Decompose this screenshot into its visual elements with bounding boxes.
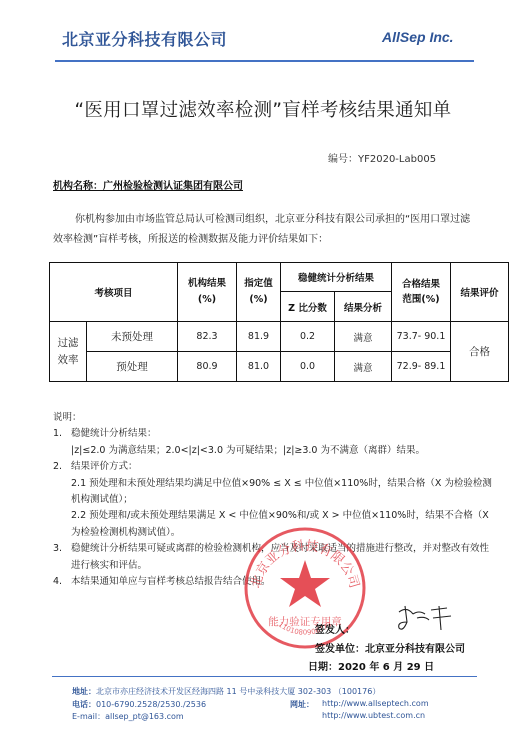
row-z: 0.2: [281, 322, 335, 352]
header-evaluation: 结果评价: [451, 263, 509, 322]
footer-email-link[interactable]: allsep_pt@163.com: [105, 712, 184, 721]
table-row: 预处理 80.9 81.0 0.0 满意 72.9- 89.1: [50, 352, 509, 382]
evaluation-value: 合格: [451, 322, 509, 382]
row-result: 80.9: [178, 352, 237, 382]
row-range: 72.9- 89.1: [392, 352, 451, 382]
row-assigned: 81.9: [237, 322, 281, 352]
row-z: 0.0: [281, 352, 335, 382]
footer-web-link-2[interactable]: http://www.ubtest.com.cn: [322, 711, 425, 720]
note-item-1: 1. 稳健统计分析结果： |z|≤2.0 为满意结果；2.0<|z|<3.0 为…: [53, 426, 493, 459]
header-range: 合格结果范围(%): [392, 263, 451, 322]
row-analysis: 满意: [335, 322, 392, 352]
organization: 机构名称：广州检验检测认证集团有限公司: [53, 177, 243, 192]
footer-web-label: 网址：: [290, 699, 314, 710]
footer-address: 地址：北京市亦庄经济技术开发区经海四路 11 号中录科技大厦 302-303 （…: [72, 686, 380, 697]
row-assigned: 81.0: [237, 352, 281, 382]
signer: 签发人：: [315, 621, 355, 636]
company-name: 北京亚分科技有限公司: [62, 27, 227, 50]
group-label: 过滤效率: [50, 322, 87, 382]
intro-paragraph: 你机构参加由市场监管总局认可检测司组织，北京亚分科技有限公司承担的“医用口罩过滤…: [53, 210, 473, 250]
footer-email: E-mail：allsep_pt@163.com: [72, 711, 184, 722]
document-number-value: YF2020-Lab005: [358, 154, 436, 165]
row-range: 73.7- 90.1: [392, 322, 451, 352]
document-title: “医用口罩过滤效率检测”盲样考核结果通知单: [0, 96, 526, 122]
table-row: 过滤效率 未预处理 82.3 81.9 0.2 满意 73.7- 90.1 合格: [50, 322, 509, 352]
results-table: 考核项目 机构结果(%) 指定值(%) 稳健统计分析结果 合格结果范围(%) 结…: [49, 262, 509, 382]
issue-date: 日期：2020 年 6 月 29 日: [308, 658, 434, 673]
notes-title: 说明：: [53, 410, 493, 426]
document-number-label: 编号：: [328, 154, 358, 165]
handwritten-signature-icon: [395, 600, 465, 640]
footer-divider: [52, 676, 477, 677]
footer-phone: 电话：010-6790.2528/2530./2536: [72, 699, 206, 710]
footer-web-link-1[interactable]: http://www.allseptech.com: [322, 699, 429, 708]
brand-name: AllSep Inc.: [382, 29, 454, 45]
organization-name: 广州检验检测认证集团有限公司: [103, 181, 243, 192]
header-result: 机构结果(%): [178, 263, 237, 322]
header-analysis: 结果分析: [335, 292, 392, 322]
document-number: 编号：YF2020-Lab005: [328, 150, 436, 165]
organization-label: 机构名称：: [53, 181, 103, 192]
row-result: 82.3: [178, 322, 237, 352]
header-assigned: 指定值(%): [237, 263, 281, 322]
row-sub: 未预处理: [87, 322, 178, 352]
header-z: Z 比分数: [281, 292, 335, 322]
row-sub: 预处理: [87, 352, 178, 382]
row-analysis: 满意: [335, 352, 392, 382]
issuing-unit: 签发单位：北京亚分科技有限公司: [315, 640, 465, 655]
header-item: 考核项目: [50, 263, 178, 322]
header-divider: [55, 60, 474, 62]
header-robust: 稳健统计分析结果: [281, 263, 392, 292]
